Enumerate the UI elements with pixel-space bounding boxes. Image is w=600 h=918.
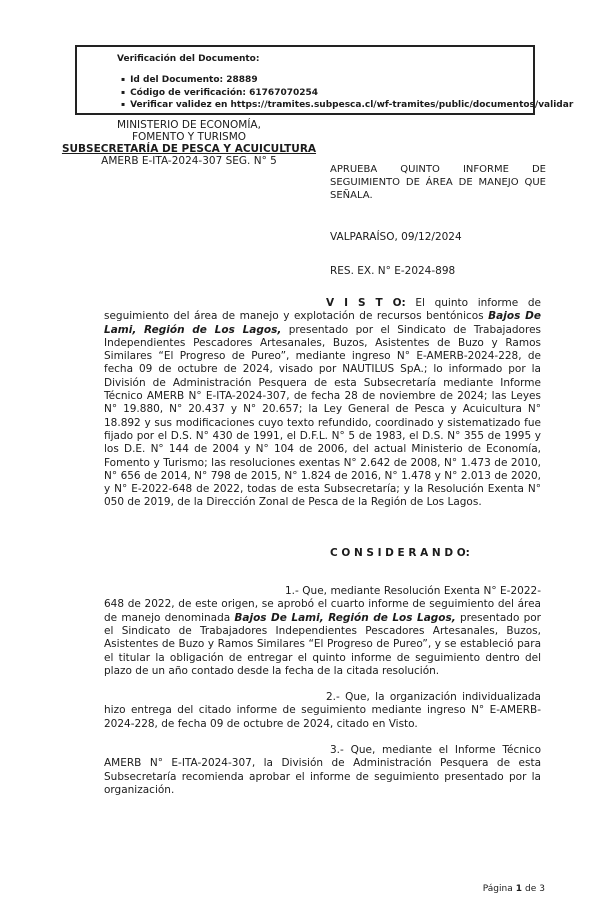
verification-list: ▪Id del Documento: 28889 ▪Código de veri… — [121, 74, 533, 112]
verification-box: Verificación del Documento: ▪Id del Docu… — [75, 45, 535, 115]
bullet-icon: ▪ — [121, 87, 125, 99]
document-page: Verificación del Documento: ▪Id del Docu… — [0, 0, 600, 918]
subsecretaria-line: SUBSECRETARÍA DE PESCA Y ACUICULTURA — [50, 143, 328, 155]
verification-item-text: Id del Documento: 28889 — [130, 75, 258, 85]
text-run: V I S T O: — [326, 297, 406, 309]
ministry-line-1: MINISTERIO DE ECONOMÍA, — [50, 119, 328, 131]
verification-item-code: ▪Código de verificación: 61767070254 — [121, 87, 533, 100]
bullet-icon: ▪ — [121, 99, 125, 111]
considerando-heading: C O N S I D E R A N D O: — [104, 547, 541, 560]
verification-item-text: Verificar validez en https://tramites.su… — [130, 100, 573, 110]
footer-of-label: de — [525, 884, 536, 894]
text-run: 3.- Que, mediante el Informe Técnico AME… — [104, 744, 541, 796]
text-run: 2.- Que, la organización individualizada… — [104, 691, 541, 730]
place-date: VALPARAÍSO, 09/12/2024 — [330, 231, 462, 243]
footer-page-number: 1 — [516, 884, 522, 894]
reference-line: AMERB E-ITA-2024-307 SEG. N° 5 — [50, 155, 328, 167]
verification-item-url: ▪Verificar validez en https://tramites.s… — [121, 99, 533, 112]
resolution-subject: APRUEBA QUINTO INFORME DE SEGUIMIENTO DE… — [330, 164, 546, 201]
text-run: El quinto informe de seguimiento del áre… — [104, 297, 541, 322]
resolution-body: V I S T O: El quinto informe de seguimie… — [104, 297, 541, 797]
letterhead: MINISTERIO DE ECONOMÍA, FOMENTO Y TURISM… — [50, 119, 328, 167]
verification-item-text: Código de verificación: 61767070254 — [130, 88, 318, 98]
considerando-paragraph-2: 2.- Que, la organización individualizada… — [104, 691, 541, 731]
verification-title: Verificación del Documento: — [117, 54, 533, 65]
footer-total-pages: 3 — [539, 884, 545, 894]
footer-page-label: Página — [483, 884, 513, 894]
subject-block: APRUEBA QUINTO INFORME DE SEGUIMIENTO DE… — [330, 163, 546, 202]
resolution-number: RES. EX. N° E-2024-898 — [330, 265, 455, 277]
considerando-paragraph-1: 1.- Que, mediante Resolución Exenta N° E… — [104, 585, 541, 678]
page-footer: Página 1 de 3 — [483, 884, 545, 894]
visto-paragraph: V I S T O: El quinto informe de seguimie… — [104, 297, 541, 510]
verification-item-doc-id: ▪Id del Documento: 28889 — [121, 74, 533, 87]
text-run: presentado por el Sindicato de Trabajado… — [104, 324, 541, 509]
ministry-line-2: FOMENTO Y TURISMO — [50, 131, 328, 143]
text-run: Bajos De Lami, Región de Los Lagos, — [234, 612, 455, 624]
considerando-paragraph-3: 3.- Que, mediante el Informe Técnico AME… — [104, 744, 541, 797]
bullet-icon: ▪ — [121, 74, 125, 86]
